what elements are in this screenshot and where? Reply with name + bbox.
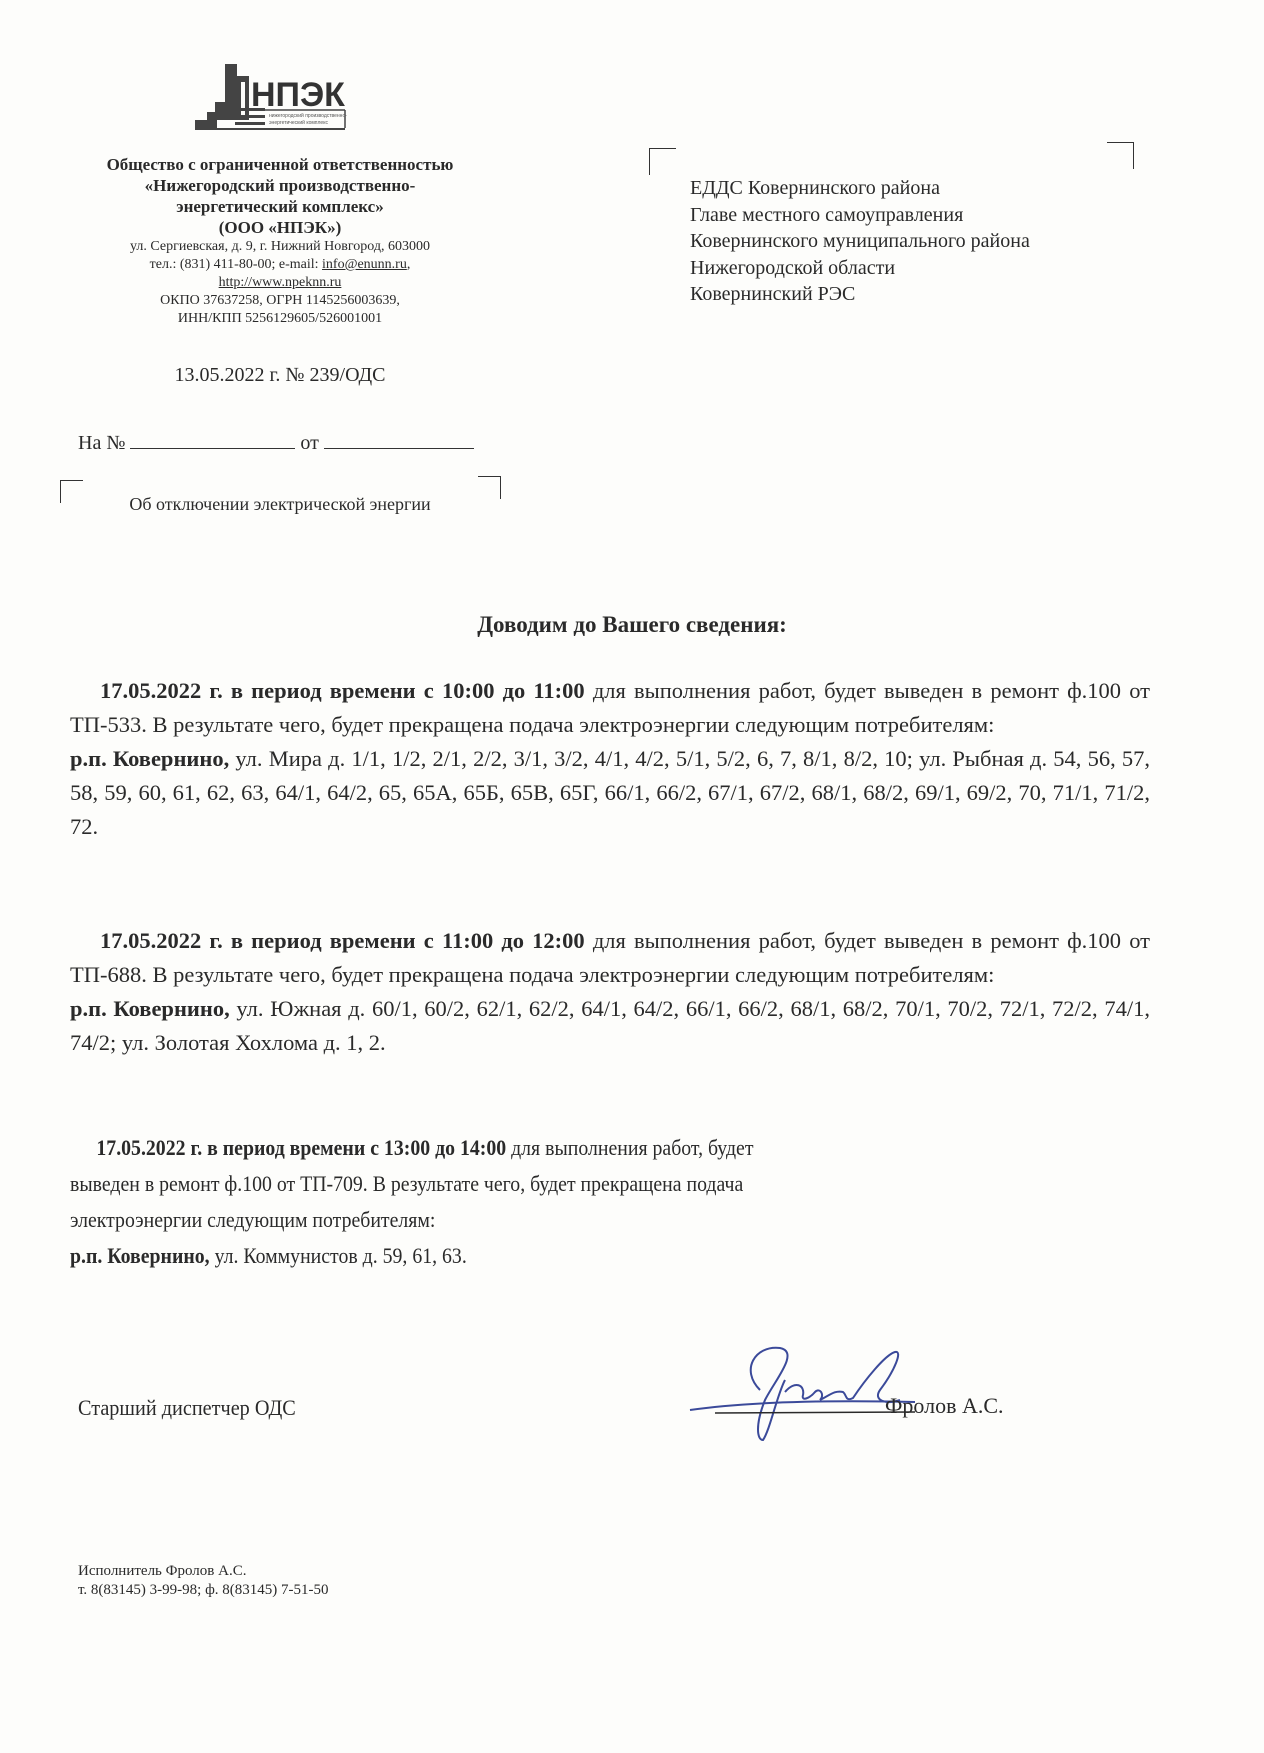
notice-addresses: ул. Южная д. 60/1, 60/2, 62/1, 62/2, 64/… — [70, 996, 1150, 1055]
org-name-line: «Нижегородский производственно- — [60, 175, 500, 196]
svg-text:нижегородский производственно-: нижегородский производственно- — [269, 112, 347, 119]
notice-text: для выполнения работ, будет — [506, 1135, 753, 1160]
notice-paragraph-1: 17.05.2022 г. в период времени с 10:00 д… — [70, 674, 1150, 844]
signer-name: Фролов А.С. — [885, 1393, 1004, 1419]
reply-number-blank — [130, 447, 295, 449]
notice-text: электроэнергии следующим потребителям: — [70, 1202, 435, 1238]
org-okpo-ogrn: ОКПО 37637258, ОГРН 1145256003639, — [60, 292, 500, 310]
document-date-number: 13.05.2022 г. № 239/ОДС — [60, 364, 500, 387]
org-name-line: энергетический комплекс» — [60, 196, 500, 217]
org-name-line: Общество с ограниченной ответственностью — [60, 154, 500, 175]
recipient-line: Ковернинского муниципального района — [690, 228, 1030, 255]
notice-paragraph-3: 17.05.2022 г. в период времени с 13:00 д… — [70, 1130, 1150, 1274]
notice-locality: р.п. Ковернино, — [70, 996, 230, 1021]
company-logo: НПЭК нижегородский производственно- энер… — [195, 62, 365, 142]
reply-reference: На № от — [78, 432, 474, 455]
reply-number-label: На № — [78, 432, 125, 454]
executor-phones: т. 8(83145) 3-99-98; ф. 8(83145) 7-51-50 — [78, 1581, 329, 1600]
org-website-link[interactable]: http://www.npeknn.ru — [219, 275, 342, 290]
npek-logo-icon: НПЭК нижегородский производственно- энер… — [195, 62, 365, 142]
svg-text:энергетический комплекс: энергетический комплекс — [269, 119, 328, 126]
executor-block: Исполнитель Фролов А.С. т. 8(83145) 3-99… — [78, 1562, 329, 1600]
notice-paragraph-2: 17.05.2022 г. в период времени с 11:00 д… — [70, 924, 1150, 1060]
recipient-line: Главе местного самоуправления — [690, 202, 1030, 229]
notice-addresses: ул. Мира д. 1/1, 1/2, 2/1, 2/2, 3/1, 3/2… — [70, 746, 1150, 839]
notice-locality: р.п. Ковернино, — [70, 746, 229, 771]
org-short-name: (ООО «НПЭК») — [60, 217, 500, 238]
notice-period: 17.05.2022 г. в период времени с 10:00 д… — [100, 678, 585, 703]
notice-period: 17.05.2022 г. в период времени с 11:00 д… — [100, 928, 585, 953]
recipient-line: Ковернинский РЭС — [690, 281, 1030, 308]
org-phone: тел.: (831) 411-80-00; e-mail: — [150, 257, 322, 272]
recipient-line: Нижегородской области — [690, 255, 1030, 282]
recipient-block: ЕДДС Ковернинского района Главе местного… — [690, 175, 1030, 308]
recipient-corner-left — [649, 148, 676, 175]
sender-block: Общество с ограниченной ответственностью… — [60, 154, 500, 328]
notice-locality: р.п. Ковернино, — [70, 1243, 210, 1268]
notice-addresses: ул. Коммунистов д. 59, 61, 63. — [210, 1243, 467, 1268]
comma: , — [407, 257, 411, 272]
reply-from-label: от — [300, 432, 318, 454]
org-email-link[interactable]: info@enunn.ru — [322, 257, 407, 272]
recipient-line: ЕДДС Ковернинского района — [690, 175, 1030, 202]
org-contacts: тел.: (831) 411-80-00; e-mail: info@enun… — [60, 256, 500, 274]
recipient-corner-right — [1107, 142, 1134, 169]
signer-position: Старший диспетчер ОДС — [78, 1395, 296, 1421]
notice-text: выведен в ремонт ф.100 от ТП-709. В резу… — [70, 1166, 743, 1202]
reply-date-blank — [324, 447, 474, 449]
svg-text:НПЭК: НПЭК — [251, 76, 345, 114]
notice-period: 17.05.2022 г. в период времени с 13:00 д… — [96, 1135, 506, 1160]
notice-heading: Доводим до Вашего сведения: — [0, 612, 1264, 638]
org-address: ул. Сергиевская, д. 9, г. Нижний Новгоро… — [60, 238, 500, 256]
subject: Об отключении электрической энергии — [60, 494, 500, 515]
org-inn-kpp: ИНН/КПП 5256129605/526001001 — [60, 310, 500, 328]
executor-name: Исполнитель Фролов А.С. — [78, 1562, 329, 1581]
